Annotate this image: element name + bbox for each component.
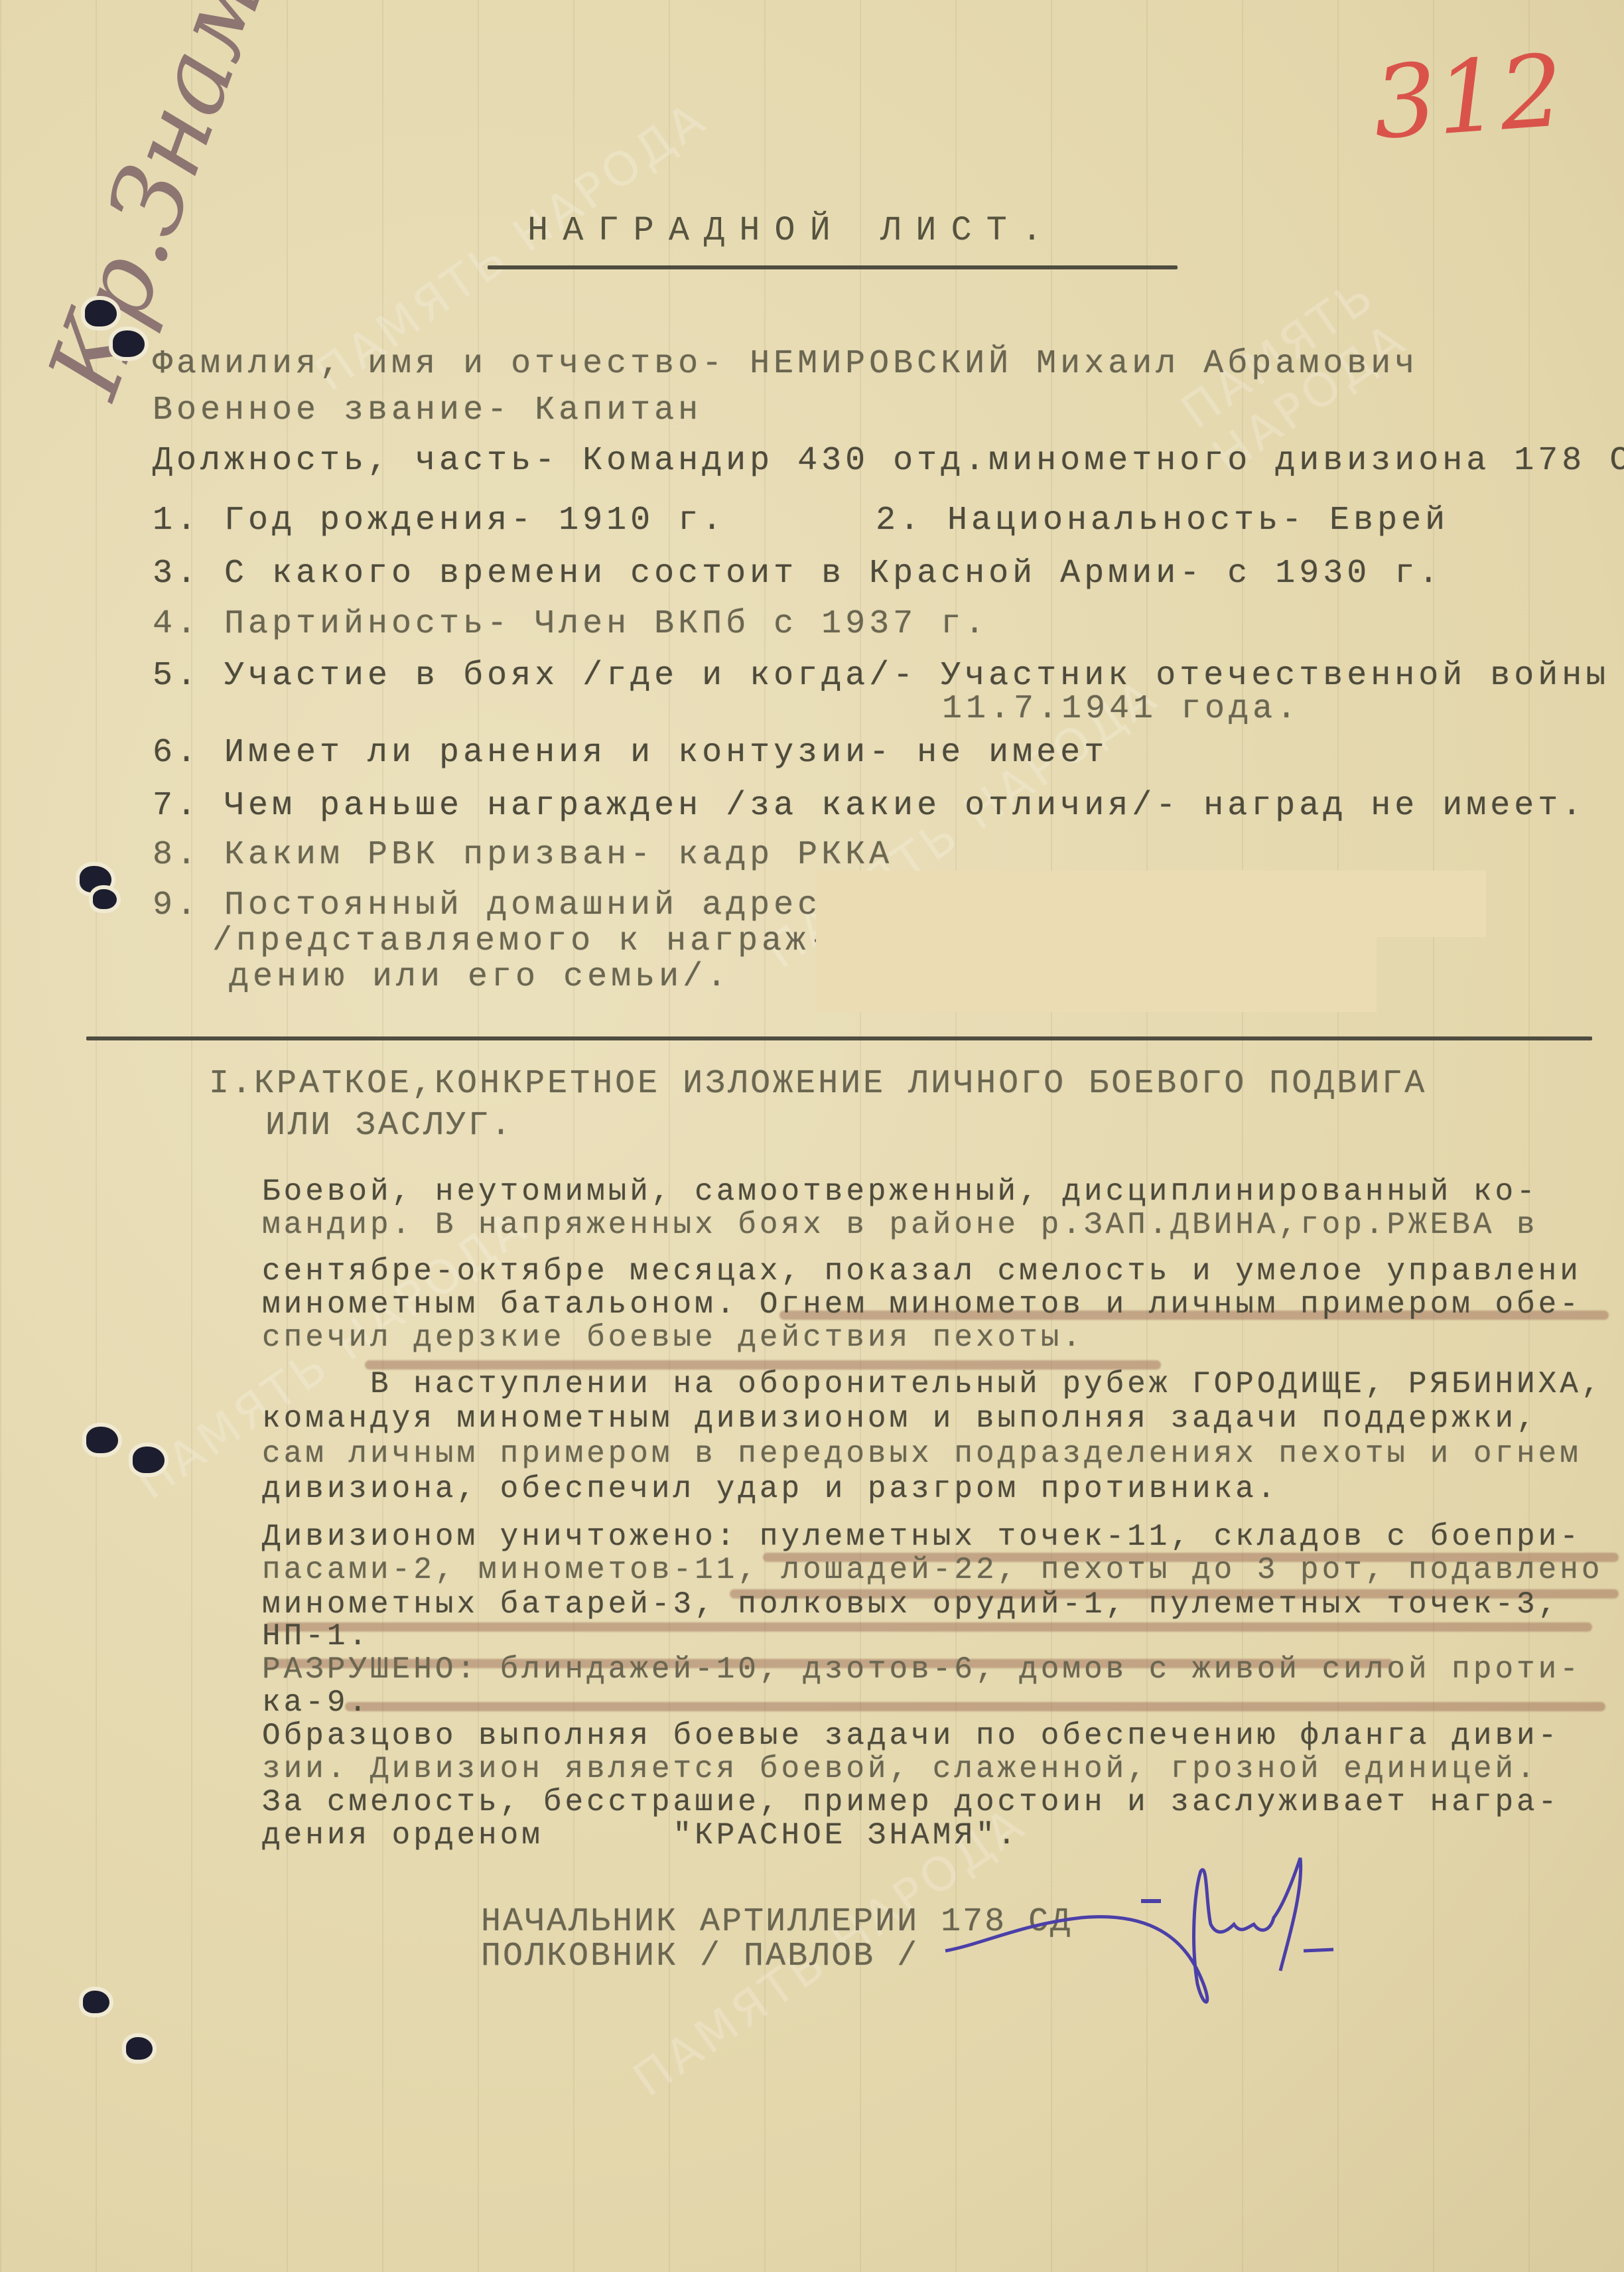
punch-hole [133, 1447, 165, 1473]
field-position: Должность, часть- Командир 430 отд.мином… [153, 442, 1624, 480]
punch-hole [85, 300, 117, 326]
body-line: спечил дерзкие боевые действия пехоты. [262, 1320, 1084, 1355]
body-line: Образцово выполняя боевые задачи по обес… [262, 1719, 1560, 1753]
punch-hole [126, 2037, 153, 2060]
punch-hole [113, 330, 145, 357]
body-line: Дивизионом уничтожено: пулеметных точек-… [262, 1520, 1582, 1554]
body-line: мандир. В напряженных боях в районе р.ЗА… [262, 1208, 1538, 1242]
body-line: В наступлении на оборонительный рубеж ГО… [262, 1367, 1603, 1401]
document-title: НАГРАДНОЙ ЛИСТ. [527, 211, 1057, 250]
item-battles-date: 11.7.1941 года. [942, 690, 1300, 728]
punch-hole [93, 889, 117, 909]
body-line: За смелость, бесстрашие, пример достоин … [262, 1785, 1560, 1819]
signatory-name: ПОЛКОВНИК / ПАВЛОВ / [481, 1938, 919, 1975]
item-prior-awards: 7. Чем раньше награжден /за какие отличи… [153, 787, 1586, 825]
pencil-underline [265, 1622, 1592, 1632]
title-underline [488, 265, 1178, 269]
section-divider [86, 1036, 1592, 1040]
page-number: 312 [1369, 33, 1567, 162]
pencil-underline [345, 1702, 1605, 1711]
punch-hole [80, 866, 111, 892]
item-wounds: 6. Имеет ли ранения и контузии- не имеет [153, 734, 1108, 772]
body-line: сентябре-октябре месяцах, показал смелос… [262, 1254, 1582, 1289]
redacted-address [816, 871, 1486, 937]
redacted-address [816, 932, 1377, 1012]
body-line: минометным батальоном. Огнем минометов и… [262, 1287, 1582, 1322]
item-address-label-3: дению или его семьи/. [229, 958, 730, 996]
watermark: ПАМЯТЬ НАРОДА [1172, 129, 1613, 484]
punch-hole [83, 1991, 109, 2013]
body-line: РАЗРУШЕНО: блиндажей-10, дзотов-6, домов… [262, 1652, 1582, 1687]
item-army-since: 3. С какого времени состоит в Красной Ар… [153, 555, 1442, 593]
body-line: сам личным примером в передовых подразде… [262, 1437, 1582, 1471]
body-line: пасами-2, минометов-11, лошадей-22, пехо… [262, 1553, 1603, 1587]
signature [942, 1851, 1539, 2017]
body-line: командуя минометным дивизионом и выполня… [262, 1401, 1538, 1436]
item-nationality: 2. Национальность- Еврей [876, 502, 1449, 539]
item-address-label: 9. Постоянный домашний адрес- [153, 887, 845, 924]
body-line: минометных батарей-3, полковых орудий-1,… [262, 1587, 1560, 1622]
punch-hole [86, 1427, 118, 1453]
section-heading-2: ИЛИ ЗАСЛУГ. [265, 1107, 513, 1145]
body-line: ка-9. [262, 1685, 370, 1720]
body-line: дения орденом "КРАСНОЕ ЗНАМЯ". [262, 1818, 1019, 1853]
body-line: Боевой, неутомимый, самоотверженный, дис… [262, 1174, 1538, 1209]
body-line: дивизиона, обеспечил удар и разгром прот… [262, 1472, 1278, 1506]
field-rank: Военное звание- Капитан [153, 391, 702, 429]
item-address-label-2: /представляемого к награж- [212, 922, 833, 960]
item-party: 4. Партийность- Член ВКПб с 1937 г. [153, 605, 988, 643]
body-line: НП-1. [262, 1619, 370, 1654]
item-birth-year: 1. Год рождения- 1910 г. [153, 502, 726, 539]
field-name: Фамилия, имя и отчество- НЕМИРОВСКИЙ Мих… [153, 345, 1418, 383]
section-heading: I.КРАТКОЕ,КОНКРЕТНОЕ ИЗЛОЖЕНИЕ ЛИЧНОГО Б… [209, 1065, 1427, 1103]
body-line: зии. Дивизион является боевой, слаженной… [262, 1752, 1538, 1786]
item-battles: 5. Участие в боях /где и когда/- Участни… [153, 657, 1624, 695]
item-conscription: 8. Каким РВК призван- кадр РККА [153, 836, 893, 874]
